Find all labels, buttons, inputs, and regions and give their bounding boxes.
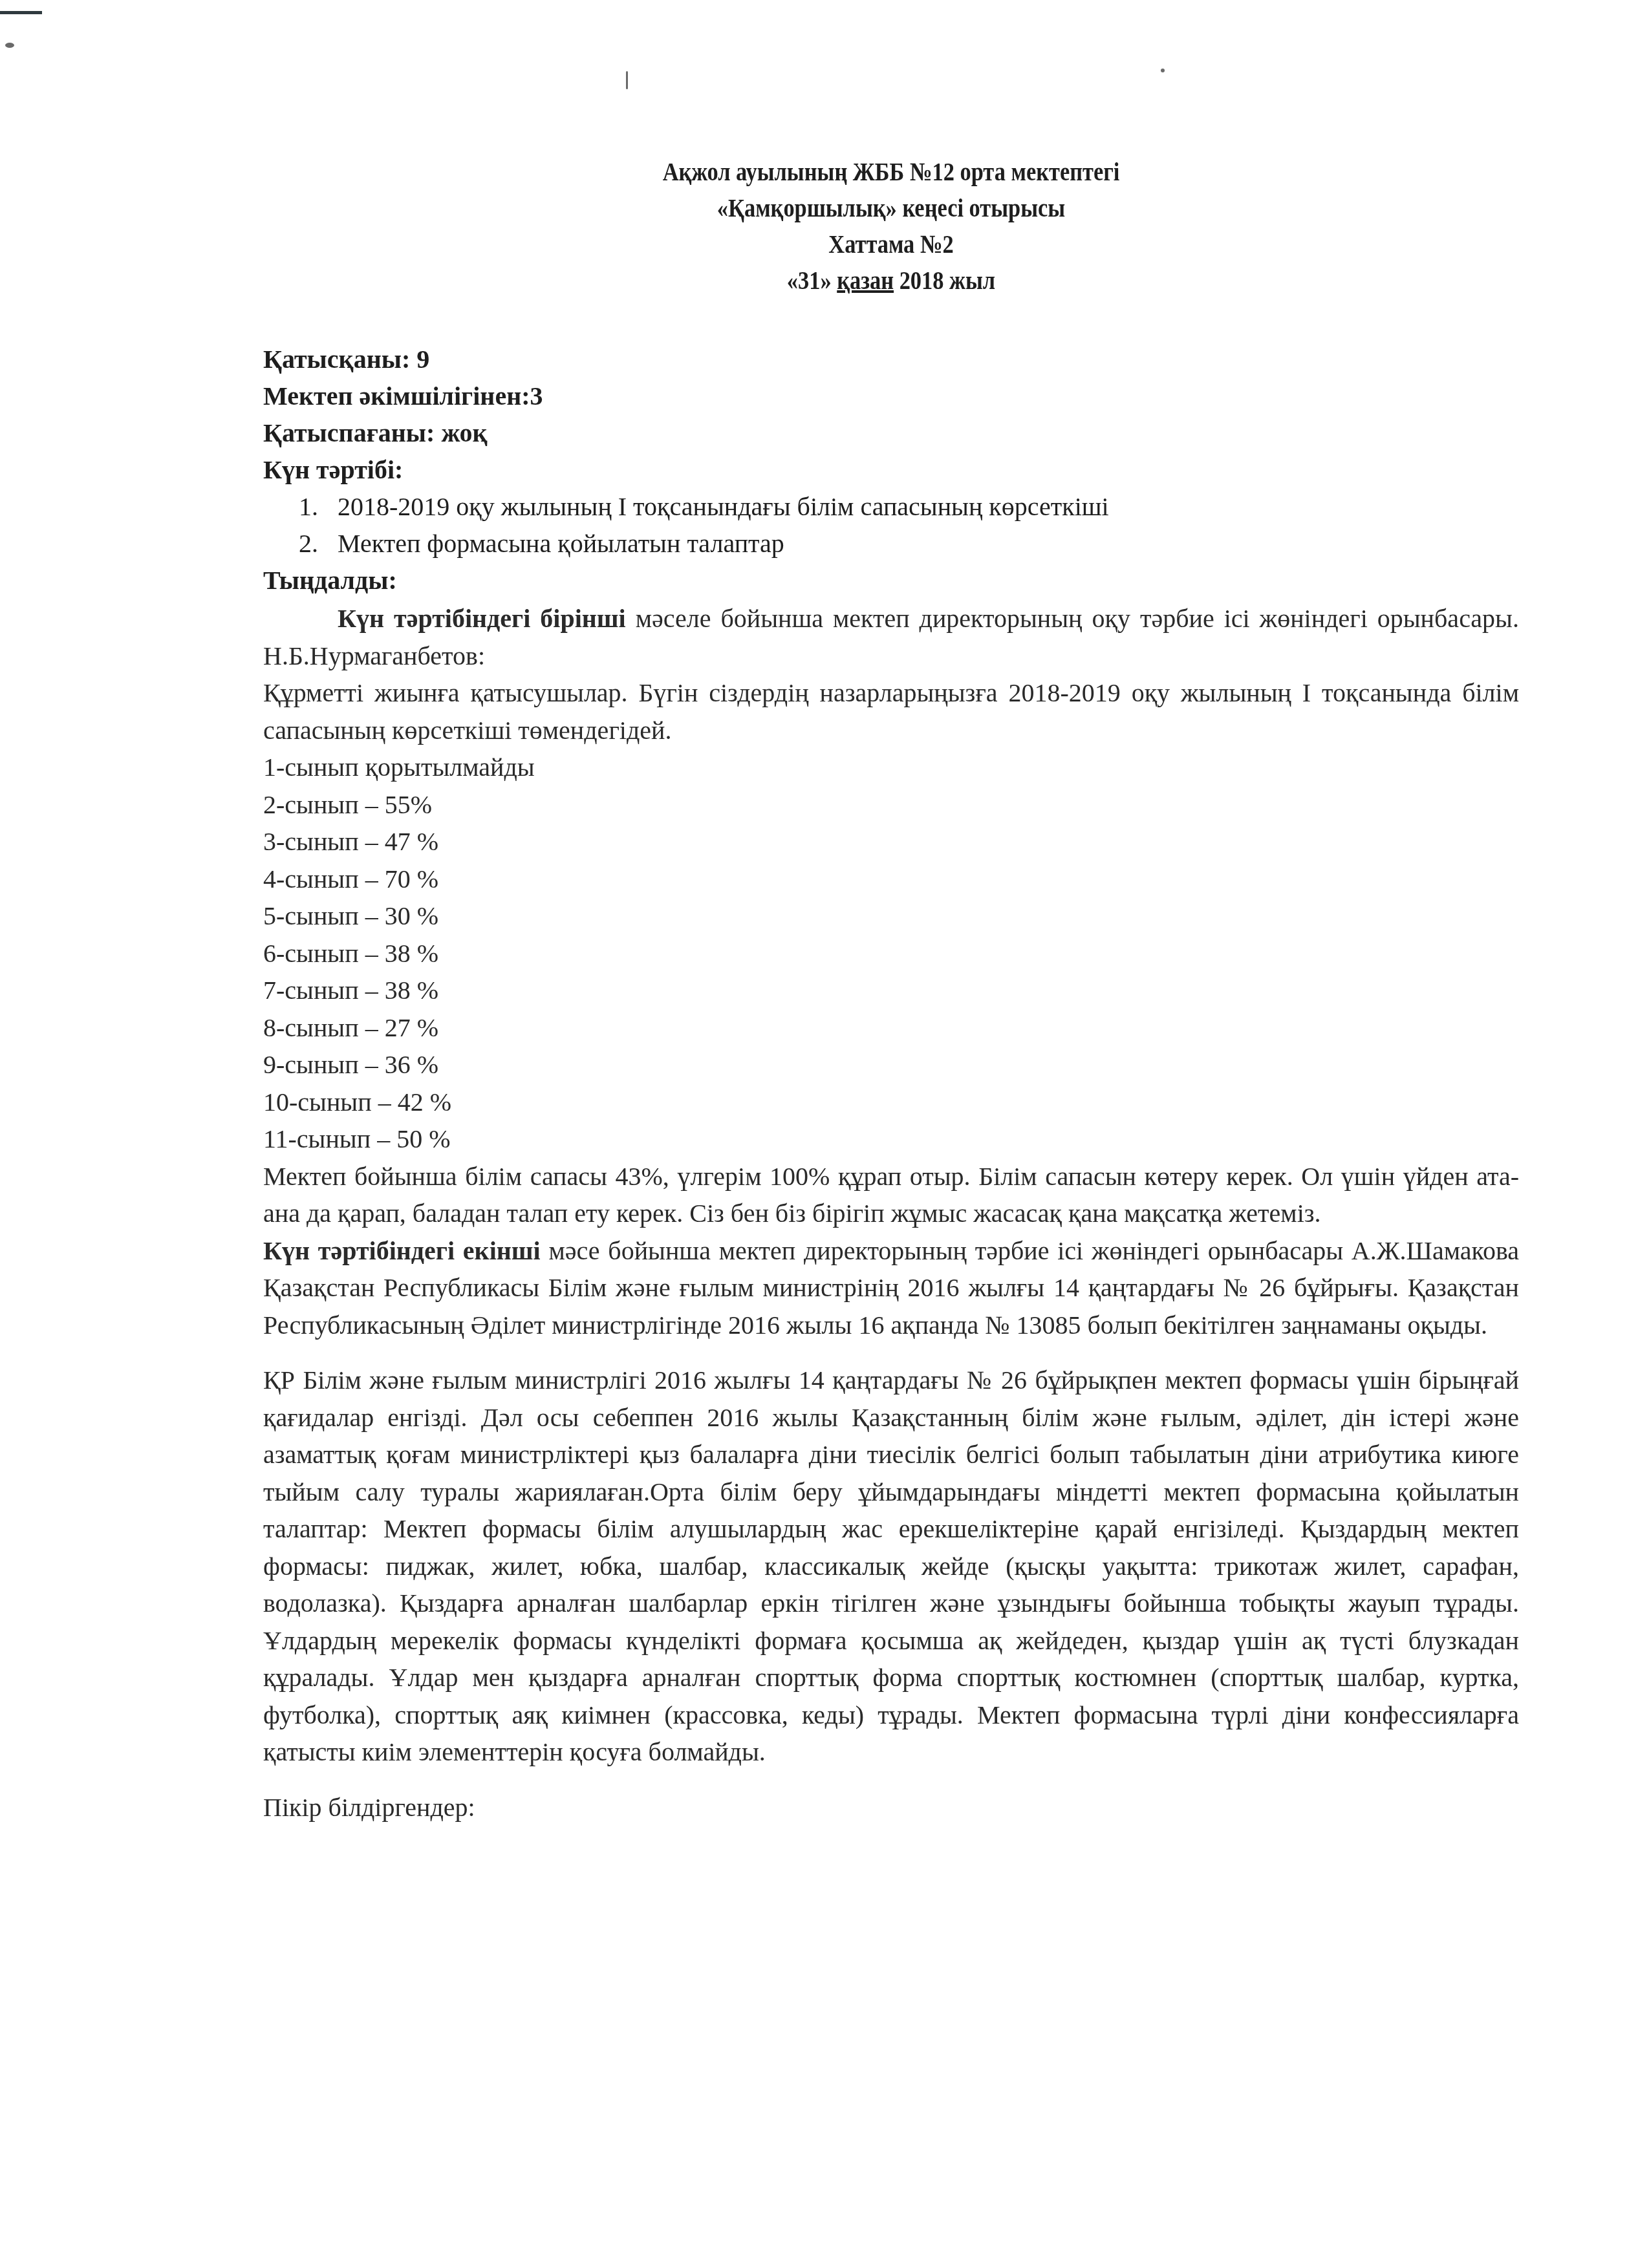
scan-speck <box>1161 69 1165 72</box>
grade-item: 2-сынып – 55% <box>263 786 1519 824</box>
protocol-number: Хаттама №2 <box>351 226 1431 262</box>
date-month: қазан <box>837 266 894 295</box>
paragraph-gap <box>263 1343 1519 1362</box>
section-one-intro: Құрметті жиынға қатысушылар. Бүгін сізде… <box>263 674 1519 749</box>
grade-item: 9-сынып – 36 % <box>263 1046 1519 1084</box>
agenda-item: Мектеп формасына қойылатын талаптар <box>325 525 1109 562</box>
section-one-lead: Күн тәртібіндегі бірінші мәселе бойынша … <box>263 600 1519 674</box>
grade-item: 6-сынып – 38 % <box>263 935 1519 972</box>
agenda-label: Күн тәртібі: <box>263 451 1109 488</box>
grade-item: 1-сынып қорытылмайды <box>263 749 1519 786</box>
scan-edge-mark <box>0 11 42 14</box>
grade-item: 11-сынып – 50 % <box>263 1120 1519 1158</box>
grade-item: 4-сынып – 70 % <box>263 861 1519 898</box>
grade-quality-list: 1-сынып қорытылмайды 2-сынып – 55% 3-сын… <box>263 749 1519 1158</box>
section-one-summary: Мектеп бойынша білім сапасы 43%, үлгерім… <box>263 1158 1519 1232</box>
agenda-item: 2018-2019 оқу жылының I тоқсанындағы біл… <box>325 488 1109 525</box>
administration-count: Мектеп әкімшілігінен:3 <box>263 378 1109 414</box>
agenda-list: 2018-2019 оқу жылының I тоқсанындағы біл… <box>263 488 1109 562</box>
grade-item: 7-сынып – 38 % <box>263 972 1519 1009</box>
school-title: Ақжол ауылының ЖББ №12 орта мектептегі <box>351 154 1431 190</box>
grade-item: 3-сынып – 47 % <box>263 823 1519 861</box>
scan-speck <box>626 71 628 89</box>
heard-label: Тыңдалды: <box>263 562 1109 599</box>
grade-item: 5-сынып – 30 % <box>263 897 1519 935</box>
section-two-lead: Күн тәртібіндегі екінші мәсе бойынша мек… <box>263 1232 1519 1344</box>
paragraph-gap <box>263 1771 1519 1789</box>
meeting-date: «31» қазан 2018 жыл <box>351 262 1431 299</box>
grade-item: 10-сынып – 42 % <box>263 1084 1519 1121</box>
meeting-meta: Қатысқаны: 9 Мектеп әкімшілігінен:3 Қаты… <box>263 341 1109 599</box>
grade-item: 8-сынып – 27 % <box>263 1009 1519 1047</box>
absent-count: Қатыспағаны: жоқ <box>263 414 1109 451</box>
scan-speck <box>5 43 14 48</box>
section-one: Күн тәртібіндегі бірінші мәселе бойынша … <box>263 600 1519 1826</box>
section-two-paragraph: ҚР Білім және ғылым министрлігі 2016 жыл… <box>263 1362 1519 1771</box>
attended-count: Қатысқаны: 9 <box>263 341 1109 378</box>
council-title: «Қамқоршылық» кеңесі отырысы <box>351 190 1431 226</box>
document-header: Ақжол ауылының ЖББ №12 орта мектептегі «… <box>263 154 1519 299</box>
comments-label: Пікір білдіргендер: <box>263 1789 1519 1826</box>
